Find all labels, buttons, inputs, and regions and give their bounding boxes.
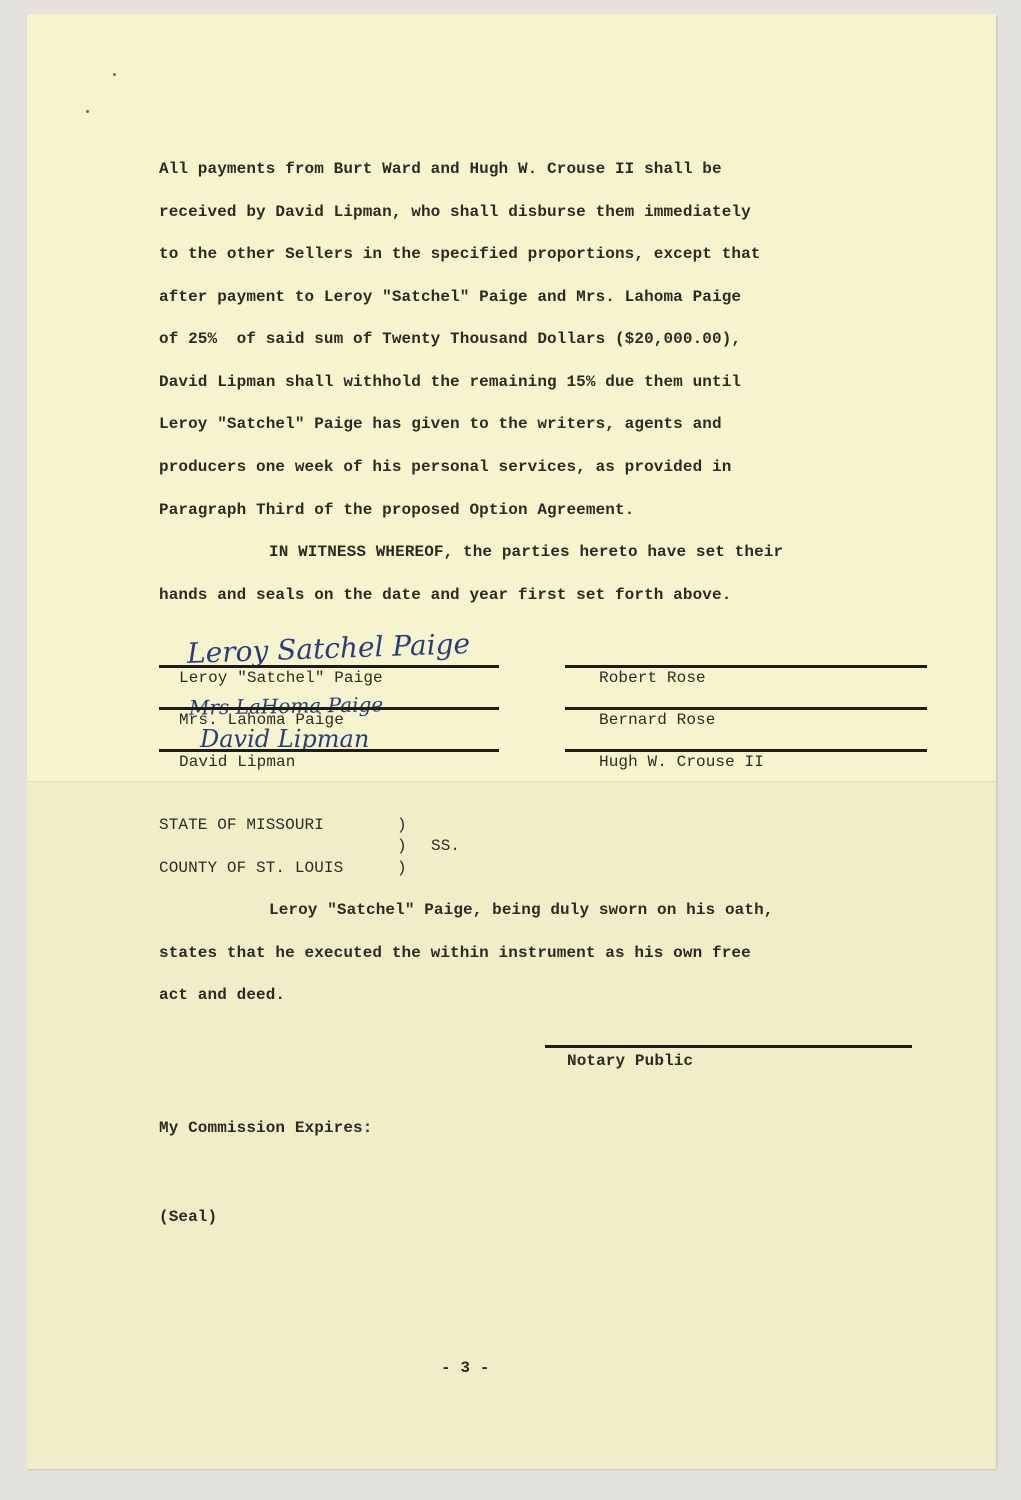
seal-label: (Seal) xyxy=(159,1208,217,1226)
signature-leroy-paige: Leroy Satchel Paige xyxy=(187,627,471,670)
signature-line xyxy=(565,665,927,668)
signatory-name: Bernard Rose xyxy=(599,711,715,729)
signature-line xyxy=(159,665,499,668)
affidavit-line: act and deed. xyxy=(159,986,285,1004)
venue-paren: ) xyxy=(397,859,407,877)
signatory-name: David Lipman xyxy=(179,753,295,771)
paragraph1-line: David Lipman shall withhold the remainin… xyxy=(159,373,741,391)
venue-paren: ) xyxy=(397,816,407,834)
signature-line xyxy=(159,707,499,710)
notary-label: Notary Public xyxy=(567,1052,693,1070)
signature-line xyxy=(565,707,927,710)
paragraph1-line: after payment to Leroy "Satchel" Paige a… xyxy=(159,288,741,306)
paper-speck xyxy=(86,110,89,113)
paragraph1-line: received by David Lipman, who shall disb… xyxy=(159,203,751,221)
commission-expires: My Commission Expires: xyxy=(159,1119,372,1137)
signatory-name: Robert Rose xyxy=(599,669,706,687)
signature-line xyxy=(565,749,927,752)
signatory-name: Hugh W. Crouse II xyxy=(599,753,764,771)
notary-signature-line xyxy=(545,1045,912,1048)
paragraph1-line: producers one week of his personal servi… xyxy=(159,458,731,476)
witness-clause-line: hands and seals on the date and year fir… xyxy=(159,586,731,604)
affidavit-line: Leroy "Satchel" Paige, being duly sworn … xyxy=(269,901,773,919)
witness-clause-line: IN WITNESS WHEREOF, the parties hereto h… xyxy=(269,543,783,561)
paper-fold-crease xyxy=(27,781,996,782)
document-page: All payments from Burt Ward and Hugh W. … xyxy=(27,14,996,1469)
paragraph1-line: to the other Sellers in the specified pr… xyxy=(159,245,761,263)
venue-state: STATE OF MISSOURI xyxy=(159,816,324,834)
paragraph1-line: of 25% of said sum of Twenty Thousand Do… xyxy=(159,330,741,348)
signature-line xyxy=(159,749,499,752)
page-number: - 3 - xyxy=(441,1359,490,1377)
paragraph1-line: All payments from Burt Ward and Hugh W. … xyxy=(159,160,722,178)
venue-county: COUNTY OF ST. LOUIS xyxy=(159,859,343,877)
paragraph1-line: Leroy "Satchel" Paige has given to the w… xyxy=(159,415,722,433)
venue-paren: ) xyxy=(397,837,407,855)
signatory-name: Leroy "Satchel" Paige xyxy=(179,669,383,687)
paper-speck xyxy=(113,73,116,76)
affidavit-line: states that he executed the within instr… xyxy=(159,944,751,962)
venue-ss: SS. xyxy=(431,837,460,855)
paragraph1-line: Paragraph Third of the proposed Option A… xyxy=(159,501,634,519)
